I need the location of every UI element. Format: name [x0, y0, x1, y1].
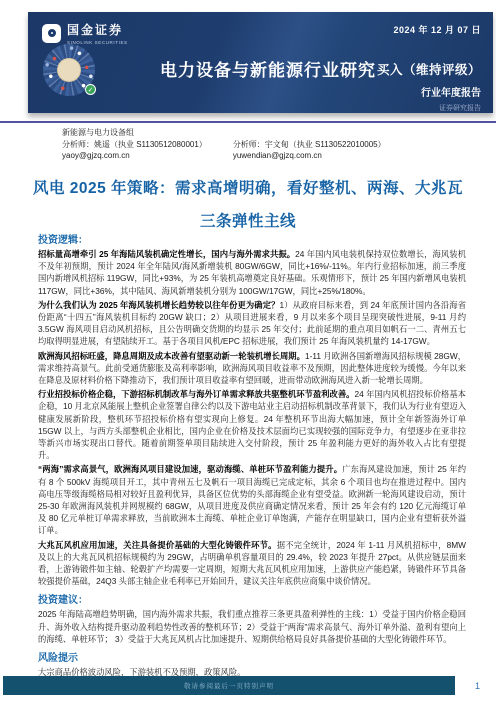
logic-paragraph-4: 行业招投标价格企稳，下游招标机制改革与海外订单需求释放共驱整机环节盈利改善。24… — [38, 388, 466, 461]
paragraph-text: 24 年国内风机招投标价格基本企稳，10 月北京风能展上整机企业签署自律公约以及… — [38, 389, 466, 460]
paragraph-lead: 行业招投标价格企稳，下游招标机制改革与海外订单需求释放共驱整机环节盈利改善。 — [38, 389, 355, 399]
sinolink-logo-icon — [42, 24, 61, 43]
report-body: 投资逻辑： 招标量高增牵引 25 年海陆风装机确定性增长，国内与海外需求共振。2… — [38, 231, 466, 680]
logo-ring-icon — [48, 29, 56, 37]
page-number: 1 — [475, 681, 480, 691]
seal-center — [57, 58, 81, 82]
logic-paragraph-1: 招标量高增牵引 25 年海陆风装机确定性增长，国内与海外需求共振。24 年国内风… — [38, 248, 466, 297]
verified-check-icon: ✓ — [85, 84, 96, 95]
analyst-block: 新能源与电力设备组 分析师：姚遥（执业 S1130512080001） yaoy… — [62, 127, 386, 161]
analyst-2: 分析师：宇文甸（执业 S1130522010005） yuwendian@gjz… — [233, 139, 386, 161]
analyst-team: 新能源与电力设备组 — [62, 127, 386, 138]
footer-disclaimer-band: 敬请参阅最后一页特别声明 — [3, 676, 455, 695]
logic-paragraph-6: 大兆瓦风机应用加速，关注具备提价基础的大型化铸锻件环节。据不完全统计，2024 … — [38, 539, 466, 588]
report-type: 行业年度报告 — [377, 84, 481, 99]
header-divider — [0, 121, 496, 123]
brand: 国金证券 SINOLINK SECURITIES — [42, 21, 128, 45]
analyst-1-name: 分析师：姚遥（执业 S1130512080001） — [62, 139, 207, 150]
report-label: 证券研究报告 — [377, 103, 481, 113]
footer-disclaimer: 敬请参阅最后一页特别声明 — [184, 681, 274, 690]
rating-badge: 买入（维持评级） — [377, 60, 481, 78]
analyst-2-name: 分析师：宇文甸（执业 S1130522010005） — [233, 139, 386, 150]
brand-name: 国金证券 — [67, 23, 123, 37]
report-date: 2024 年 12 月 07 日 — [377, 23, 481, 36]
analyst-columns: 分析师：姚遥（执业 S1130512080001） yaoy@gjzq.com.… — [62, 139, 386, 161]
section-heading-logic: 投资逻辑： — [38, 231, 466, 246]
brand-text: 国金证券 SINOLINK SECURITIES — [67, 21, 128, 45]
paragraph-lead: 欧洲海风招标旺盛，降息周期及成本改善有望驱动新一轮装机增长周期。 — [38, 351, 305, 361]
paragraph-lead: 招标量高增牵引 25 年海陆风装机确定性增长，国内与海外需求共振。 — [38, 249, 295, 259]
logic-paragraph-3: 欧洲海风招标旺盛，降息周期及成本改善有望驱动新一轮装机增长周期。1-11 月欧洲… — [38, 350, 466, 387]
report-header: 国金证券 SINOLINK SECURITIES ✓ 电力设备与新能源行业研究 … — [28, 12, 493, 113]
paragraph-lead: 大兆瓦风机应用加速，关注具备提价基础的大型化铸锻件环节。 — [38, 540, 277, 550]
paragraph-lead: 为什么我们认为 2025 年海风装机增长趋势较以往年份更为确定？ — [38, 300, 279, 310]
qr-seal-stamp: ✓ — [43, 44, 95, 96]
logic-paragraph-5: “两海”需求高景气，欧洲海风项目建设加速，驱动海缆、单桩环节盈利能力提升。广东海… — [38, 463, 466, 536]
analyst-2-email[interactable]: yuwendian@gjzq.com.cn — [233, 150, 386, 161]
paragraph-lead: “两海”需求高景气，欧洲海风项目建设加速，驱动海缆、单桩环节盈利能力提升。 — [38, 464, 342, 474]
series-title: 电力设备与新能源行业研究 — [140, 56, 396, 81]
section-heading-risk: 风险提示 — [38, 649, 466, 664]
analyst-1-email[interactable]: yaoy@gjzq.com.cn — [62, 150, 207, 161]
paragraph-text: 广东海风建设加速，预计 25 年约有 8 个 500kV 海缆项目开工，其中青州… — [38, 464, 466, 535]
report-title: 风电 2025 年策略：需求高增明确，看好整机、两海、大兆瓦三条弹性主线 — [32, 172, 464, 238]
logic-paragraph-2: 为什么我们认为 2025 年海风装机增长趋势较以往年份更为确定？1）从政府目标来… — [38, 299, 466, 348]
header-right-block: 2024 年 12 月 07 日 买入（维持评级） 行业年度报告 证券研究报告 — [377, 23, 481, 113]
advice-paragraph: 2025 年海陆高增趋势明确，国内海外需求共振，我们重点推荐三条更具盈利弹性的主… — [38, 608, 466, 645]
analyst-1: 分析师：姚遥（执业 S1130512080001） yaoy@gjzq.com.… — [62, 139, 207, 161]
report-page: 国金证券 SINOLINK SECURITIES ✓ 电力设备与新能源行业研究 … — [0, 0, 496, 702]
section-heading-advice: 投资建议： — [38, 591, 466, 606]
